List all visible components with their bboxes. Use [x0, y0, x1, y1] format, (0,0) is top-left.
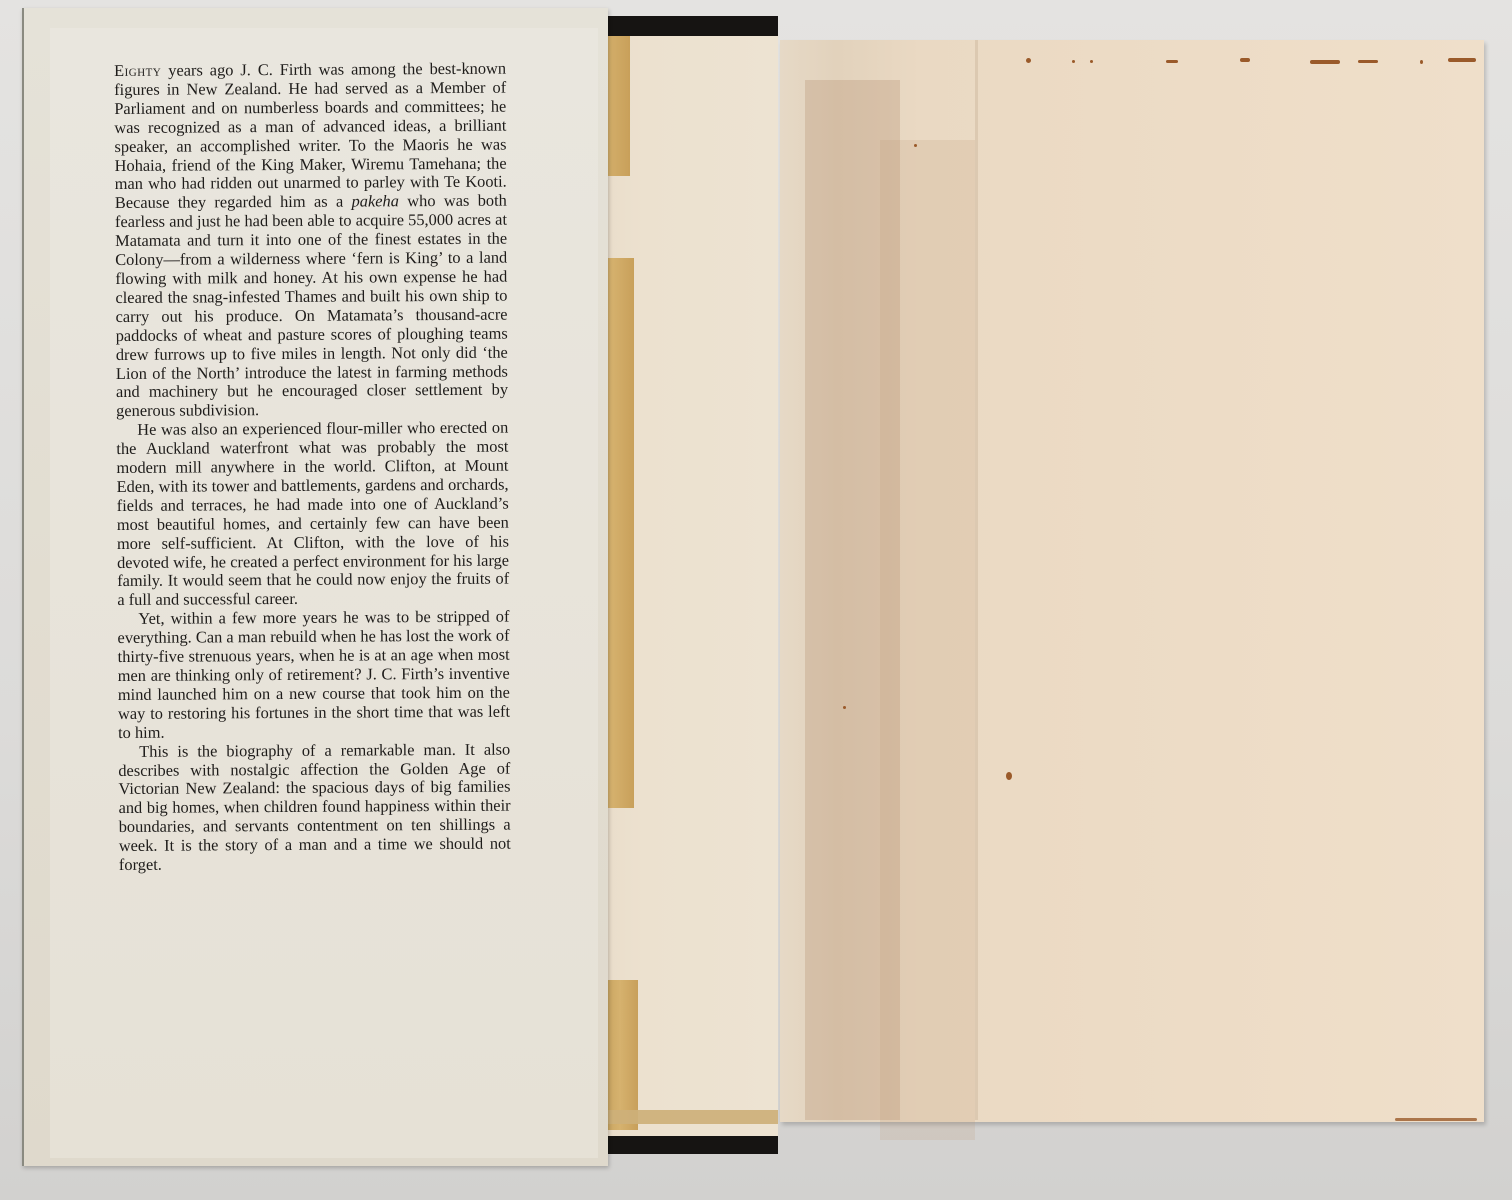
tape-strip [608, 1110, 778, 1124]
blurb-paragraph: He was also an experienced flour-miller … [116, 419, 509, 610]
tape-strip [608, 980, 638, 1130]
blurb-lead-word: Eighty [114, 61, 161, 80]
italic-word: pakeha [352, 192, 399, 211]
blurb-paragraph: Eighty years ago J. C. Firth was among t… [114, 60, 508, 422]
endpaper-hinge [975, 40, 978, 1120]
blurb-paragraph: Yet, within a few more years he was to b… [117, 608, 510, 743]
blurb-paragraph: This is the biography of a remarkable ma… [118, 740, 511, 875]
endpaper-stain [880, 140, 975, 1140]
jacket-blurb: Eighty years ago J. C. Firth was among t… [114, 60, 511, 875]
